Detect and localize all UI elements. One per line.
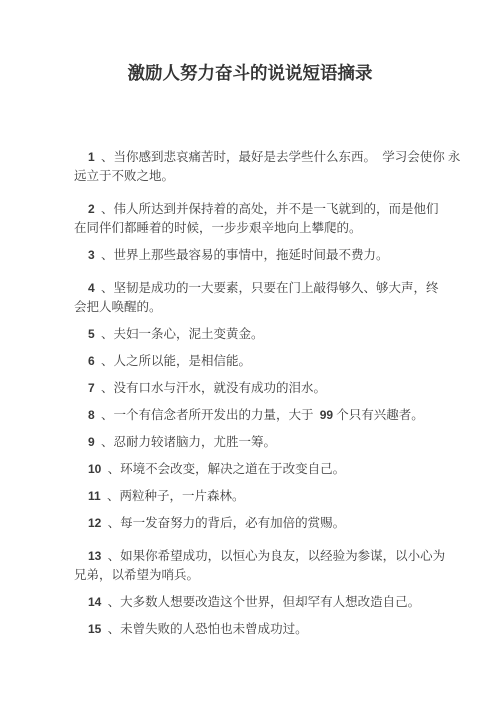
quote-item: 15 、未曾失败的人恐怕也未曾成功过。 <box>74 620 478 639</box>
quote-number: 6 <box>88 354 95 368</box>
page-title: 激励人努力奋斗的说说短语摘录 <box>0 63 500 84</box>
quote-text: 、环境不会改变，解决之道在于改变自己。 <box>101 462 345 476</box>
quote-number: 11 <box>88 489 101 503</box>
quote-item: 11 、两粒种子，一片森林。 <box>74 487 478 506</box>
quote-text: 、人之所以能，是相信能。 <box>95 354 251 368</box>
quote-item: 14 、大多数人想要改造这个世界，但却罕有人想改造自己。 <box>74 593 478 612</box>
quote-number: 5 <box>88 327 95 341</box>
quote-item: 5 、夫妇一条心，泥土变黄金。 <box>74 325 478 344</box>
quote-item: 8 、一个有信念者所开发出的力量，大于 99 个只有兴趣者。 <box>74 406 478 425</box>
quote-number: 2 <box>88 202 95 216</box>
quote-text: 个只有兴趣者。 <box>333 408 424 422</box>
quote-item: 12 、每一发奋努力的背后，必有加倍的赏赐。 <box>74 514 478 533</box>
quote-text: 、夫妇一条心，泥土变黄金。 <box>95 327 264 341</box>
quote-text: 、当你感到悲哀痛苦时，最好是去学些什么东西。 学习会使你 永 远立于不败之地。 <box>74 150 460 183</box>
quote-number: 10 <box>88 462 101 476</box>
quote-text: 、一个有信念者所开发出的力量，大于 <box>95 408 320 422</box>
quote-number: 1 <box>88 150 95 164</box>
quote-number: 8 <box>88 408 95 422</box>
quote-text: 、每一发奋努力的背后，必有加倍的赏赐。 <box>101 516 345 530</box>
quote-text: 、未曾失败的人恐怕也未曾成功过。 <box>101 622 307 636</box>
quote-item: 6 、人之所以能，是相信能。 <box>74 352 478 371</box>
quote-number: 15 <box>88 622 101 636</box>
quote-item: 2 、伟人所达到并保持着的高处，并不是一飞就到的，而是他们 在同伴们都睡着的时候… <box>74 200 478 238</box>
quote-item: 9 、忍耐力较诸脑力，尤胜一筹。 <box>74 433 478 452</box>
quote-text: 、如果你希望成功，以恒心为良友，以经验为参谋，以小心为 兄弟，以希望为哨兵。 <box>74 549 445 582</box>
quote-text: 、大多数人想要改造这个世界，但却罕有人想改造自己。 <box>101 595 420 609</box>
quote-highlight-number: 99 <box>320 408 333 422</box>
quote-number: 4 <box>88 281 95 295</box>
quote-number: 3 <box>88 248 95 262</box>
quote-item: 10 、环境不会改变，解决之道在于改变自己。 <box>74 460 478 479</box>
quote-item: 13 、如果你希望成功，以恒心为良友，以经验为参谋，以小心为 兄弟，以希望为哨兵… <box>74 547 478 585</box>
quote-item: 7 、没有口水与汗水，就没有成功的泪水。 <box>74 379 478 398</box>
quote-text: 、世界上那些最容易的事情中，拖延时间最不费力。 <box>95 248 389 262</box>
quote-number: 13 <box>88 549 101 563</box>
quote-text: 、忍耐力较诸脑力，尤胜一筹。 <box>95 435 276 449</box>
quote-text: 、坚韧是成功的一大要素，只要在门上敲得够久、够大声，终 会把人唤醒的。 <box>74 281 438 314</box>
document-page: 激励人努力奋斗的说说短语摘录 1 、当你感到悲哀痛苦时，最好是去学些什么东西。 … <box>0 0 500 708</box>
quote-number: 14 <box>88 595 101 609</box>
quote-number: 7 <box>88 381 95 395</box>
quote-text: 、伟人所达到并保持着的高处，并不是一飞就到的，而是他们 在同伴们都睡着的时候，一… <box>74 202 438 235</box>
quote-list: 1 、当你感到悲哀痛苦时，最好是去学些什么东西。 学习会使你 永 远立于不败之地… <box>0 148 500 639</box>
quote-number: 12 <box>88 516 101 530</box>
quote-item: 3 、世界上那些最容易的事情中，拖延时间最不费力。 <box>74 246 478 265</box>
quote-number: 9 <box>88 435 95 449</box>
quote-item: 4 、坚韧是成功的一大要素，只要在门上敲得够久、够大声，终 会把人唤醒的。 <box>74 279 478 317</box>
quote-text: 、两粒种子，一片森林。 <box>101 489 245 503</box>
quote-text: 、没有口水与汗水，就没有成功的泪水。 <box>95 381 326 395</box>
quote-item: 1 、当你感到悲哀痛苦时，最好是去学些什么东西。 学习会使你 永 远立于不败之地… <box>74 148 478 186</box>
